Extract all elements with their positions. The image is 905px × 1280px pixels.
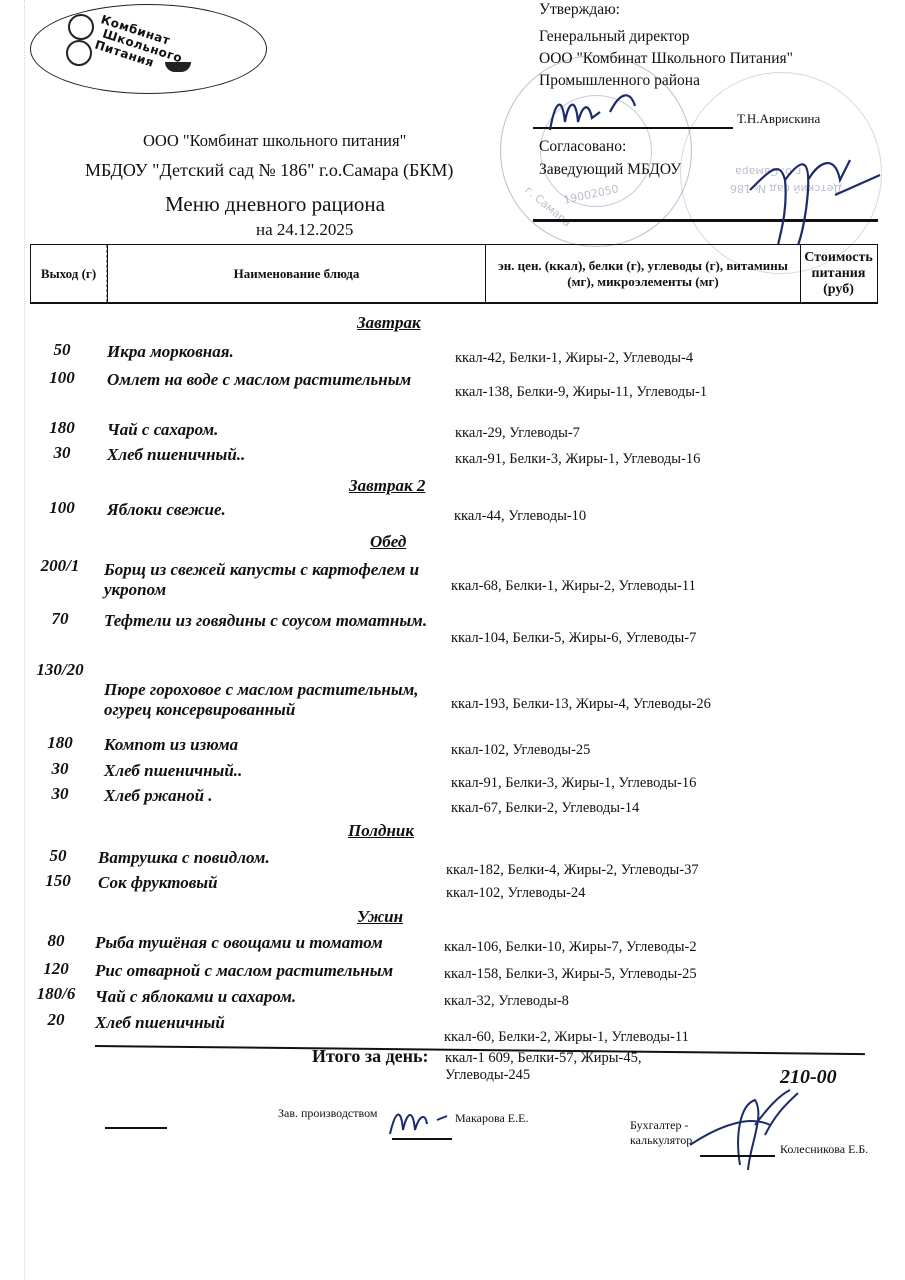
dish-yield: 180 [30,418,94,438]
dish-yield: 50 [30,340,94,360]
dish-name: Хлеб пшеничный [95,1013,439,1033]
approver-company: ООО "Комбинат Школьного Питания" [539,49,793,69]
institution-name: МБДОУ "Детский сад № 186" г.о.Самара (БК… [85,160,453,181]
dish-name: Яблоки свежие. [107,500,449,520]
dish-name: Хлеб пшеничный.. [104,761,446,781]
production-label: Зав. производством [278,1106,377,1121]
dish-nutrition: ккал-106, Белки-10, Жиры-7, Углеводы-2 [444,939,697,956]
dish-name: Пюре гороховое с маслом растительным, ог… [104,680,446,720]
dish-yield: 80 [24,931,88,951]
dish-yield: 150 [26,871,90,891]
dish-yield: 120 [24,959,88,979]
dish-yield: 30 [28,784,92,804]
approver-position: Генеральный директор [539,27,690,47]
approve-label: Утверждаю: [539,0,620,20]
dish-name: Хлеб ржаной . [104,786,446,806]
column-dish-name: Наименование блюда [107,245,485,302]
dish-nutrition: ккал-60, Белки-2, Жиры-1, Углеводы-11 [444,1029,689,1046]
section-title: Полдник [348,821,414,841]
dish-yield: 50 [26,846,90,866]
director-signature [540,82,660,142]
column-nutrition: эн. цен. (ккал), белки (г), углеводы (г)… [485,245,800,302]
accountant-signature [680,1085,810,1175]
dish-nutrition: ккал-67, Белки-2, Углеводы-14 [451,800,639,817]
dish-yield: 130/20 [28,660,92,680]
dish-nutrition: ккал-91, Белки-3, Жиры-1, Углеводы-16 [455,451,700,468]
dish-yield: 70 [28,609,92,629]
section-title: Ужин [357,907,403,927]
head-signature [740,150,890,250]
column-price: Стоимость питания (руб) [800,245,876,302]
approver-name: Т.Н.Аврискина [737,111,820,127]
left-blank-line [105,1127,167,1129]
section-title: Завтрак 2 [349,476,425,496]
dish-yield: 180/6 [24,984,88,1004]
dish-nutrition: ккал-102, Углеводы-24 [446,885,585,902]
dish-name: Чай с яблоками и сахаром. [95,987,439,1007]
dish-yield: 100 [30,368,94,388]
dish-name: Рыба тушёная с овощами и томатом [95,933,439,953]
dish-yield: 30 [30,443,94,463]
child-face-icon [66,40,92,66]
dish-nutrition: ккал-32, Углеводы-8 [444,993,569,1010]
dish-name: Омлет на воде с маслом растительным [107,370,450,390]
menu-date: на 24.12.2025 [256,220,353,240]
production-signature [385,1102,455,1142]
dish-name: Икра морковная. [107,342,450,362]
dish-name: Ватрушка с повидлом. [98,848,441,868]
dish-nutrition: ккал-102, Углеводы-25 [451,742,590,759]
dish-nutrition: ккал-29, Углеводы-7 [455,425,580,442]
production-name: Макарова Е.Е. [455,1111,528,1126]
dish-nutrition: ккал-138, Белки-9, Жиры-11, Углеводы-1 [455,384,707,401]
org-name: ООО "Комбинат школьного питания" [143,131,406,151]
menu-table-header: Выход (г) Наименование блюда эн. цен. (к… [30,244,878,304]
page-title: Меню дневного рациона [165,192,385,217]
dish-name: Компот из изюма [104,735,446,755]
dish-nutrition: ккал-42, Белки-1, Жиры-2, Углеводы-4 [455,350,693,367]
child-face-icon [68,14,94,40]
scan-margin-marks [2,0,25,1280]
column-yield: Выход (г) [31,245,107,302]
agreed-position: Заведующий МБДОУ [539,160,681,180]
dish-name: Хлеб пшеничный.. [107,445,450,465]
section-title: Обед [370,532,406,552]
dish-nutrition: ккал-104, Белки-5, Жиры-6, Углеводы-7 [451,630,696,647]
dish-yield: 30 [28,759,92,779]
accountant-signature-line [700,1155,775,1157]
production-signature-line [392,1138,452,1140]
dish-yield: 100 [30,498,94,518]
dish-name: Борщ из свежей капусты с картофелем и ук… [104,560,446,600]
dish-nutrition: ккал-158, Белки-3, Жиры-5, Углеводы-25 [444,966,697,983]
dish-yield: 20 [24,1010,88,1030]
dish-nutrition: ккал-91, Белки-3, Жиры-1, Углеводы-16 [451,775,696,792]
dish-nutrition: ккал-68, Белки-1, Жиры-2, Углеводы-11 [451,578,696,595]
dish-name: Тефтели из говядины с соусом томатным. [104,611,446,631]
dish-name: Сок фруктовый [98,873,441,893]
dish-name: Рис отварной с маслом растительным [95,961,439,981]
total-nutrition: ккал-1 609, Белки-57, Жиры-45, Углеводы-… [445,1050,641,1084]
total-label: Итого за день: [312,1046,429,1067]
dish-name: Чай с сахаром. [107,420,450,440]
accountant-name: Колесникова Е.Б. [780,1142,868,1157]
dish-yield: 180 [28,733,92,753]
dish-nutrition: ккал-44, Углеводы-10 [454,508,586,525]
dish-yield: 200/1 [28,556,92,576]
section-title: Завтрак [357,313,421,333]
dish-nutrition: ккал-182, Белки-4, Жиры-2, Углеводы-37 [446,862,699,879]
dish-nutrition: ккал-193, Белки-13, Жиры-4, Углеводы-26 [451,696,711,713]
